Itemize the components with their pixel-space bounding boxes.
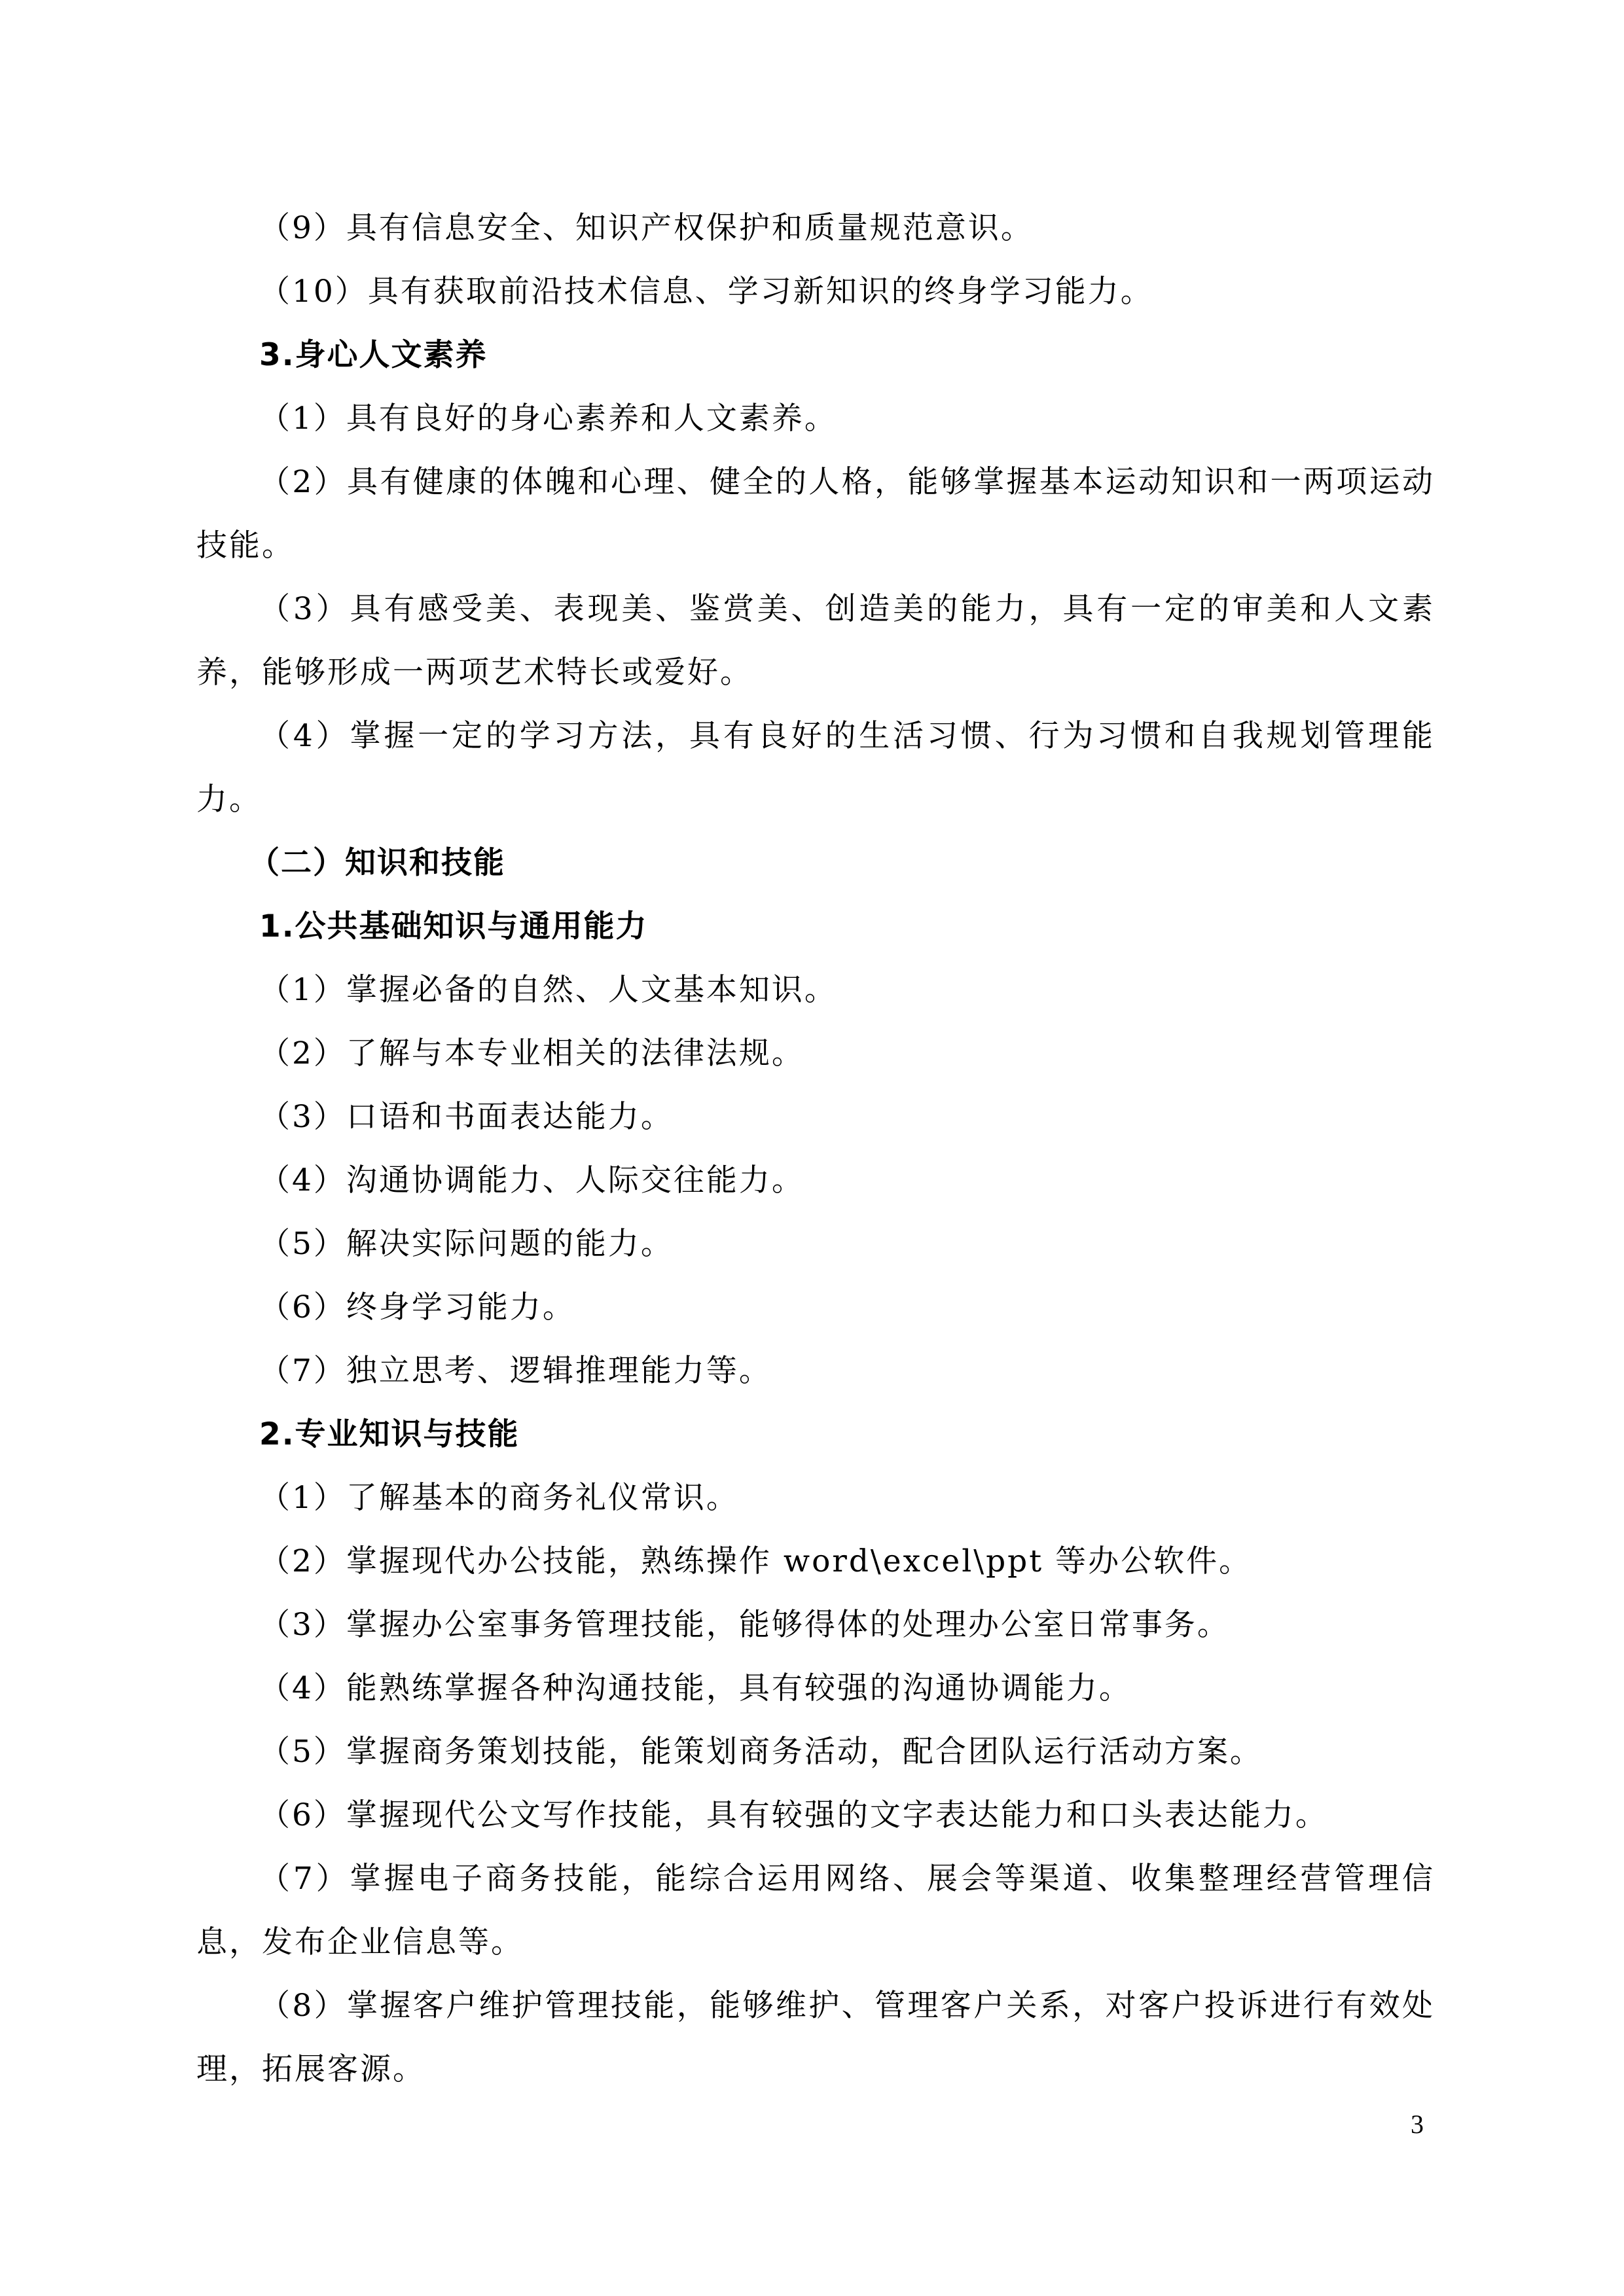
page-content: （9）具有信息安全、知识产权保护和质量规范意识。 （10）具有获取前沿技术信息、…: [196, 196, 1435, 2101]
list-item: （3）口语和书面表达能力。: [196, 1085, 1435, 1149]
list-item: （2）具有健康的体魄和心理、健全的人格，能够掌握基本运动知识和一两项运动技能。: [196, 450, 1435, 577]
list-item: （1）了解基本的商务礼仪常识。: [196, 1466, 1435, 1530]
list-item: （3）掌握办公室事务管理技能，能够得体的处理办公室日常事务。: [196, 1593, 1435, 1657]
list-item: （5）掌握商务策划技能，能策划商务活动，配合团队运行活动方案。: [196, 1720, 1435, 1784]
list-item: （7）掌握电子商务技能，能综合运用网络、展会等渠道、收集整理经营管理信息，发布企…: [196, 1847, 1435, 1974]
section-heading-knowledge-skills: （二）知识和技能: [196, 831, 1435, 895]
list-item: （2）掌握现代办公技能，熟练操作 word\excel\ppt 等办公软件。: [196, 1530, 1435, 1593]
list-item: （4）掌握一定的学习方法，具有良好的生活习惯、行为习惯和自我规划管理能力。: [196, 704, 1435, 831]
list-item: （8）掌握客户维护管理技能，能够维护、管理客户关系，对客户投诉进行有效处理，拓展…: [196, 1974, 1435, 2101]
subheading-public-foundation: 1.公共基础知识与通用能力: [196, 895, 1435, 958]
list-item: （4）能熟练掌握各种沟通技能，具有较强的沟通协调能力。: [196, 1657, 1435, 1720]
list-item-10: （10）具有获取前沿技术信息、学习新知识的终身学习能力。: [196, 260, 1435, 323]
page-number: 3: [1411, 2109, 1424, 2140]
list-item: （7）独立思考、逻辑推理能力等。: [196, 1339, 1435, 1403]
list-item: （4）沟通协调能力、人际交往能力。: [196, 1149, 1435, 1212]
list-item: （1）掌握必备的自然、人文基本知识。: [196, 958, 1435, 1022]
list-item: （2）了解与本专业相关的法律法规。: [196, 1022, 1435, 1085]
subheading-professional-skills: 2.专业知识与技能: [196, 1403, 1435, 1466]
list-item: （5）解决实际问题的能力。: [196, 1212, 1435, 1276]
list-item: （6）掌握现代公文写作技能，具有较强的文字表达能力和口头表达能力。: [196, 1784, 1435, 1847]
document-page: （9）具有信息安全、知识产权保护和质量规范意识。 （10）具有获取前沿技术信息、…: [0, 0, 1624, 2296]
list-item: （1）具有良好的身心素养和人文素养。: [196, 387, 1435, 450]
subheading-physical-humanistic: 3.身心人文素养: [196, 323, 1435, 387]
list-item-9: （9）具有信息安全、知识产权保护和质量规范意识。: [196, 196, 1435, 260]
list-item: （3）具有感受美、表现美、鉴赏美、创造美的能力，具有一定的审美和人文素养，能够形…: [196, 577, 1435, 704]
list-item: （6）终身学习能力。: [196, 1276, 1435, 1339]
